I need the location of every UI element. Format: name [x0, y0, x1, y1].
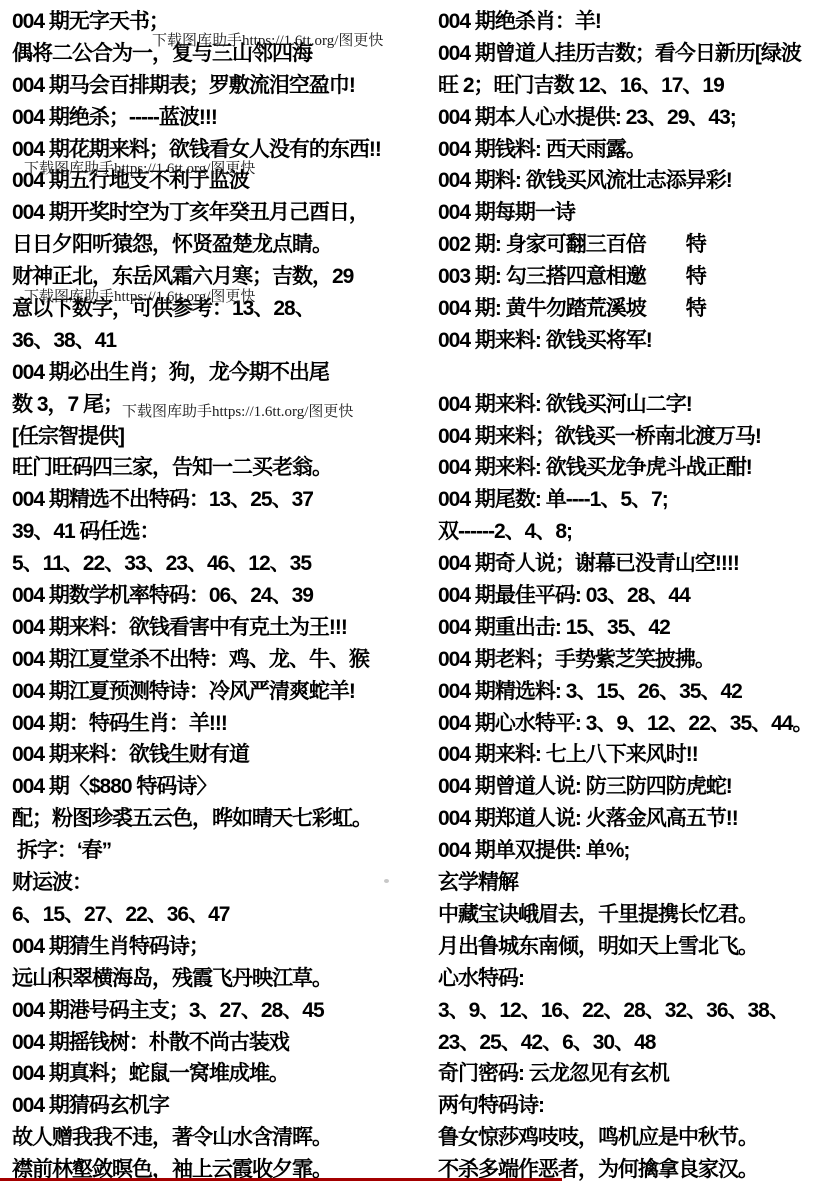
text-line: [任宗智提供]	[12, 421, 416, 453]
text-line: 月出鲁城东南倾，明如天上雪北飞。	[438, 931, 828, 963]
text-line: 两句特码诗:	[438, 1090, 828, 1122]
text-line: 004 期港号码主支；3、27、28、45	[12, 995, 416, 1027]
text-line: 004 期本人心水提供: 23、29、43;	[438, 102, 828, 134]
text-line: 004 期重出击: 15、35、42	[438, 612, 828, 644]
text-line: 004 期江夏预测特诗：冷风严清爽蛇羊!	[12, 676, 416, 708]
text-line: 004 期必出生肖；狗，龙今期不出尾	[12, 357, 416, 389]
text-line: 004 期绝杀肖：羊!	[438, 6, 828, 38]
text-line: 39、41 码任选：	[12, 516, 416, 548]
text-line: 004 期精选料: 3、15、26、35、42	[438, 676, 828, 708]
text-line: 故人赠我我不违，著令山水含清晖。	[12, 1122, 416, 1154]
text-line: 004 期曾道人挂历吉数；看今日新历[绿波	[438, 38, 828, 70]
text-line: 004 期曾道人说: 防三防四防虎蛇!	[438, 771, 828, 803]
text-line: 004 期尾数: 单----1、5、7;	[438, 484, 828, 516]
text-line: 004 期来料：欲钱看害中有克土为王!!!	[12, 612, 416, 644]
text-line: 004 期: 黄牛勿踏荒溪坡 特	[438, 293, 828, 325]
footer-rule	[0, 1178, 562, 1181]
text-line: 拆字：‘春”	[12, 835, 416, 867]
text-line: 004 期最佳平码: 03、28、44	[438, 580, 828, 612]
text-line: 004 期来料；欲钱买一桥南北渡万马!	[438, 421, 828, 453]
text-line: 日日夕阳听猿怨，怀贤盈楚龙点睛。	[12, 229, 416, 261]
text-line: 004 期钱料: 西天雨露。	[438, 134, 828, 166]
text-line: 004 期猜生肖特码诗；	[12, 931, 416, 963]
text-line: 3、9、12、16、22、28、32、36、38、	[438, 995, 828, 1027]
text-line: 36、38、41	[12, 325, 416, 357]
text-line: 旺门旺码四三家，告知一二买老翁。	[12, 452, 416, 484]
text-line: 004 期老料；手势紫芝笑披拂。	[438, 644, 828, 676]
text-line: 004 期来料: 欲钱买将军!	[438, 325, 828, 357]
scan-speck-artifact	[384, 879, 389, 883]
text-line: 玄学精解	[438, 867, 828, 899]
text-line: 004 期每期一诗	[438, 197, 828, 229]
text-line: 004 期精选不出特码：13、25、37	[12, 484, 416, 516]
text-line: 003 期: 勾三搭四意相邀 特	[438, 261, 828, 293]
text-line: 004 期摇钱树：朴散不尚古装戏	[12, 1027, 416, 1059]
text-line: 004 期单双提供: 单%;	[438, 835, 828, 867]
text-line: 004 期来料: 七上八下来风时!!	[438, 739, 828, 771]
text-line: 004 期郑道人说: 火落金风高五节!!	[438, 803, 828, 835]
text-line: 5、11、22、33、23、46、12、35	[12, 548, 416, 580]
text-line: 配；粉图珍裘五云色，晔如晴天七彩虹。	[12, 803, 416, 835]
text-line: 004 期真料；蛇鼠一窝堆成堆。	[12, 1058, 416, 1090]
text-line: 004 期开奖时空为丁亥年癸丑月己酉日，	[12, 197, 416, 229]
text-line: 004 期：特码生肖：羊!!!	[12, 708, 416, 740]
text-line: 心水特码:	[438, 963, 828, 995]
right-text-column: 004 期绝杀肖：羊!004 期曾道人挂历吉数；看今日新历[绿波旺 2；旺门吉数…	[438, 6, 828, 1185]
text-line: 004 期心水特平: 3、9、12、22、35、44。	[438, 708, 828, 740]
text-line: 004 期〈$880 特码诗〉	[12, 771, 416, 803]
text-line: 004 期数学机率特码：06、24、39	[12, 580, 416, 612]
text-line: 002 期: 身家可翻三百倍 特	[438, 229, 828, 261]
text-line: 远山积翠横海岛，残霞飞丹映江草。	[12, 963, 416, 995]
watermark-text: 下载图库助手https://1.6tt.org/图更快	[122, 400, 353, 421]
text-line: 6、15、27、22、36、47	[12, 899, 416, 931]
text-line	[438, 357, 828, 389]
text-line: 双------2、4、8;	[438, 516, 828, 548]
watermark-text: 下载图库助手https://1.6tt.org/图更快	[152, 29, 383, 50]
text-line: 004 期来料: 欲钱买河山二字!	[438, 389, 828, 421]
text-line: 004 期马会百排期表；罗敷流泪空盈巾!	[12, 70, 416, 102]
text-line: 财运波：	[12, 867, 416, 899]
text-line: 23、25、42、6、30、48	[438, 1027, 828, 1059]
left-text-column: 004 期无字天书；偶将二公合为一，复与三山邻四海004 期马会百排期表；罗敷流…	[12, 6, 416, 1185]
text-line: 鲁女惊莎鸡吱吱，鸣机应是中秋节。	[438, 1122, 828, 1154]
watermark-text: 下载图库助手https://1.6tt.org/图更快	[24, 285, 255, 306]
watermark-text: 下载图库助手https://1.6tt.org/图更快	[24, 157, 255, 178]
text-line: 004 期江夏堂杀不出特：鸡、龙、牛、猴	[12, 644, 416, 676]
text-line: 004 期料: 欲钱买风流壮志添异彩!	[438, 165, 828, 197]
text-line: 004 期来料: 欲钱买龙争虎斗战正酣!	[438, 452, 828, 484]
text-line: 004 期奇人说；谢幕已没青山空!!!!	[438, 548, 828, 580]
text-line: 旺 2；旺门吉数 12、16、17、19	[438, 70, 828, 102]
text-line: 004 期猜码玄机字	[12, 1090, 416, 1122]
text-line: 004 期来料：欲钱生财有道	[12, 739, 416, 771]
text-line: 中藏宝诀峨眉去，千里提携长忆君。	[438, 899, 828, 931]
text-line: 004 期绝杀；-----蓝波!!!	[12, 102, 416, 134]
text-line: 奇门密码: 云龙忽见有玄机	[438, 1058, 828, 1090]
